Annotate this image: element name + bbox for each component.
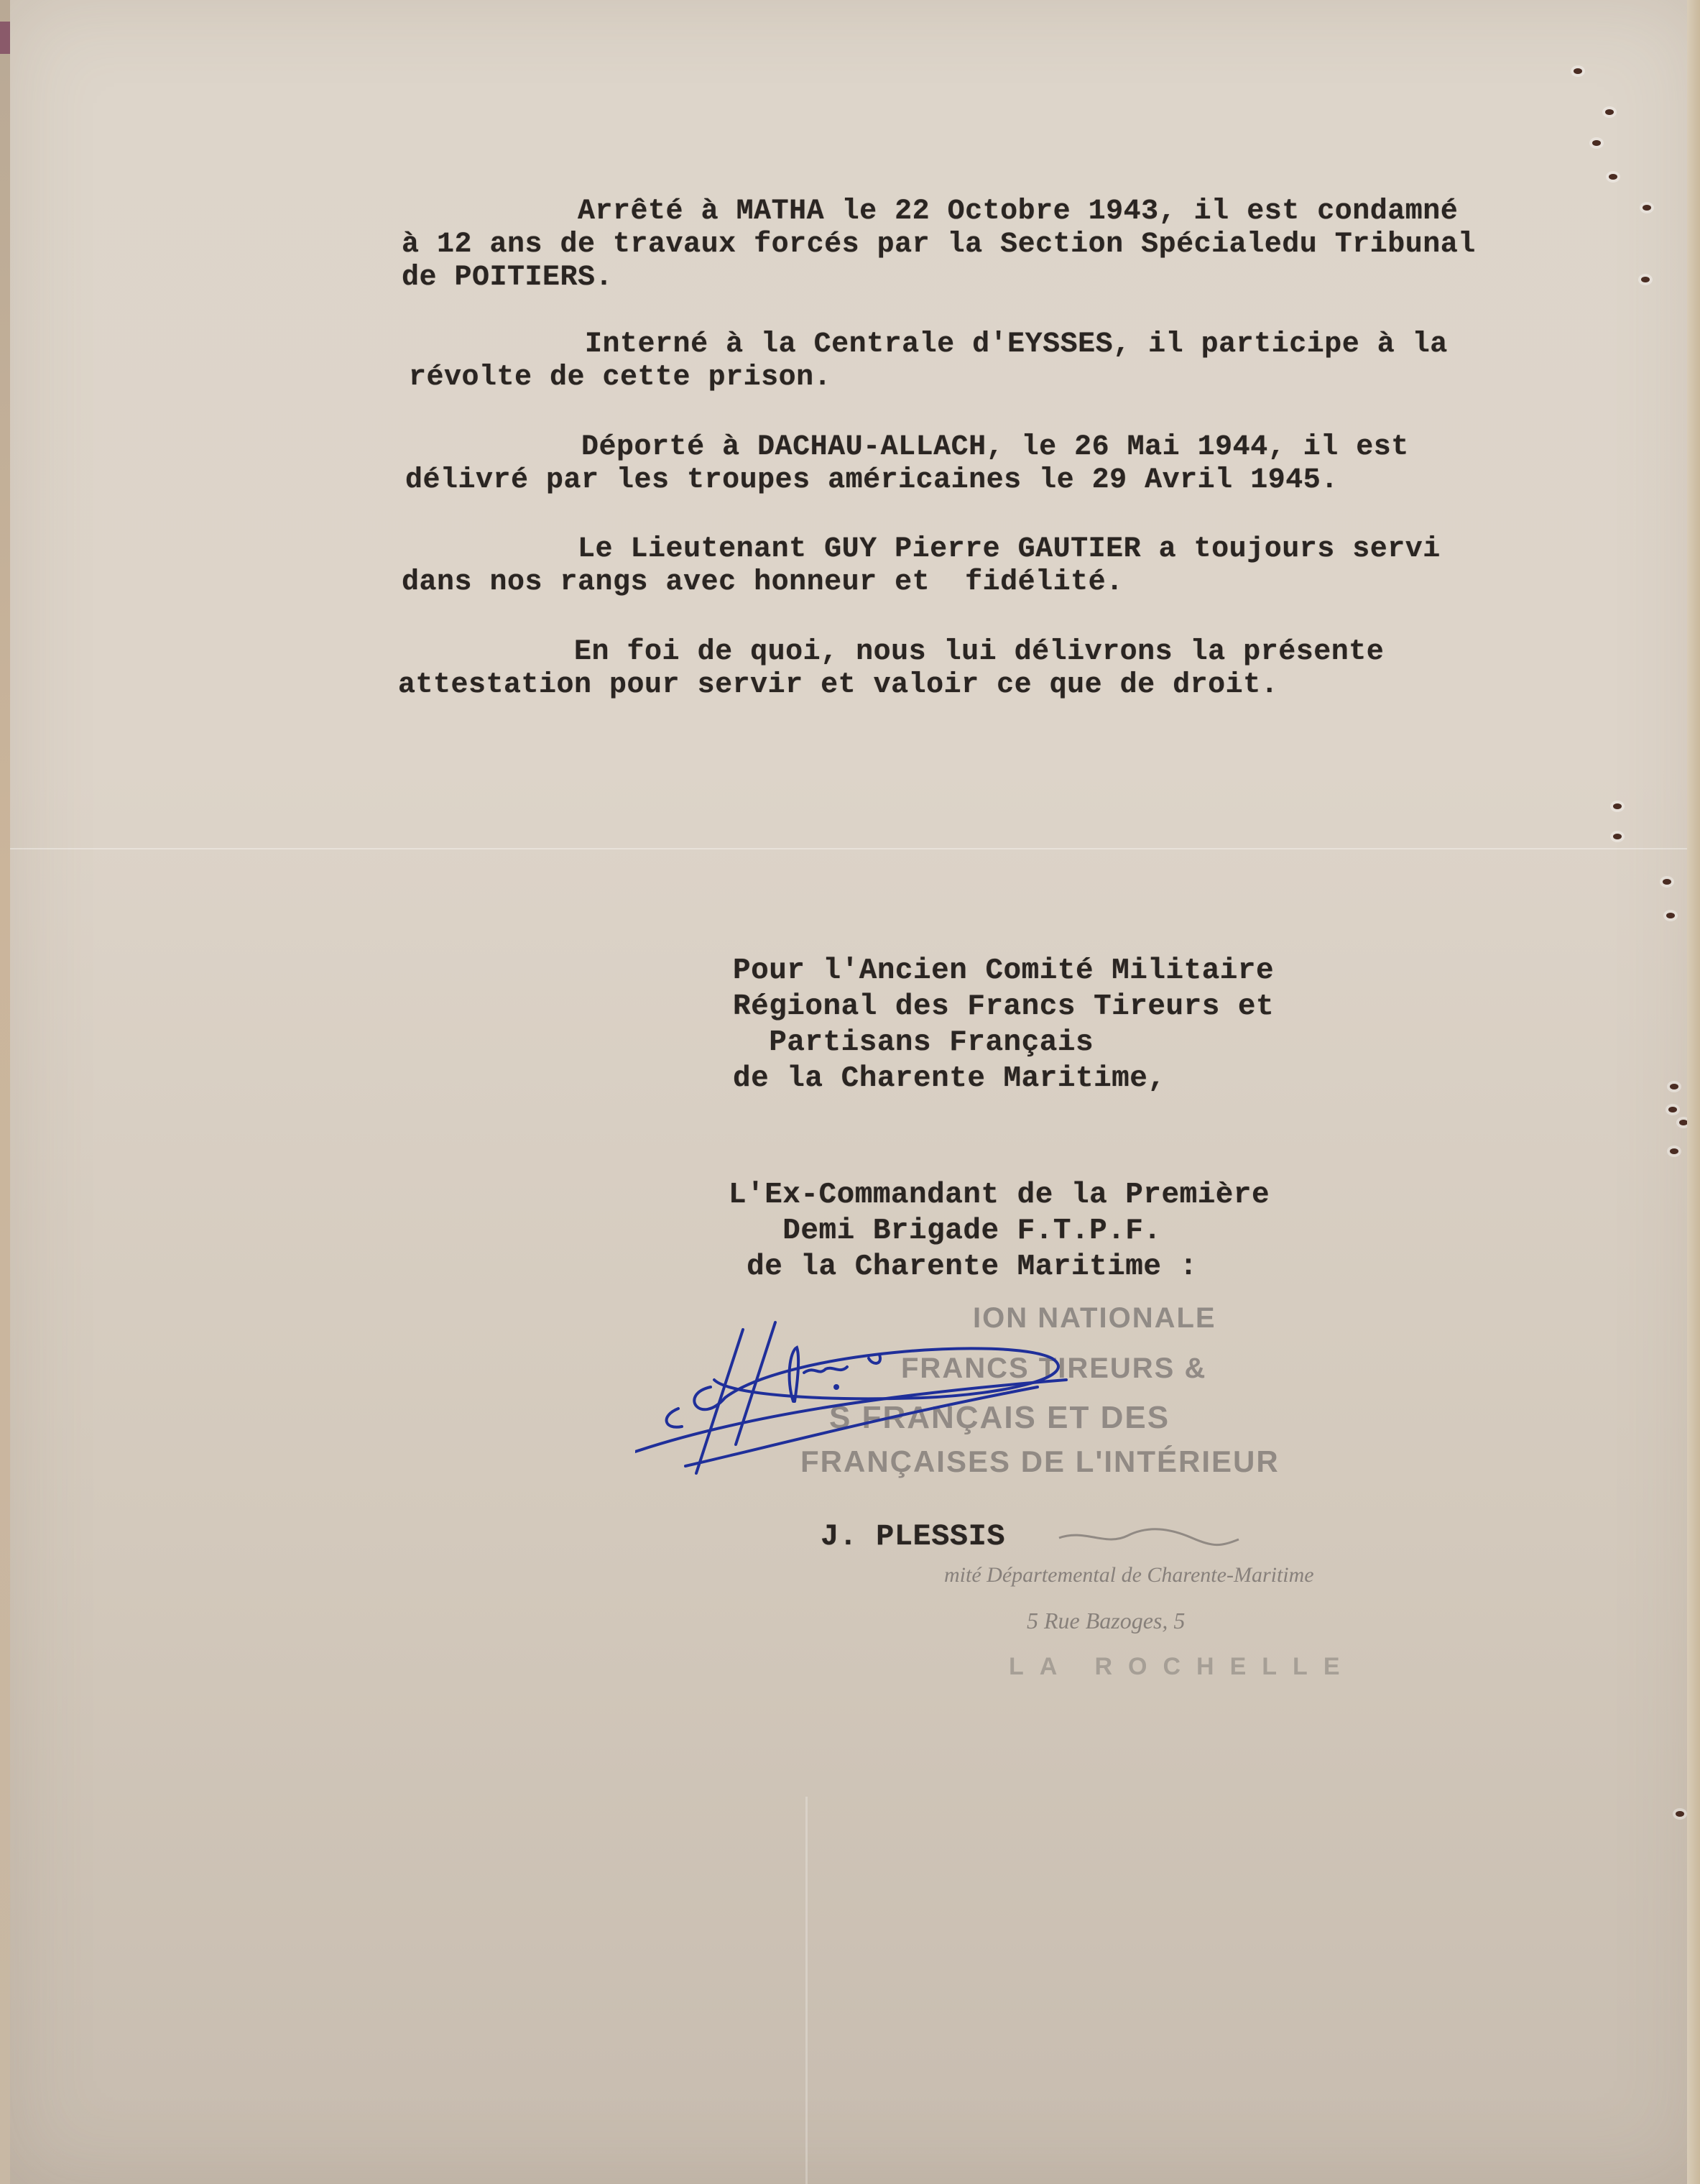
paragraph-deportation-line-2: délivré par les troupes américaines le 2…	[405, 464, 1339, 497]
title-line-3: de la Charente Maritime :	[729, 1250, 1198, 1284]
paragraph-internment-line-2: révolte de cette prison.	[409, 361, 831, 395]
punch-hole	[1668, 1107, 1677, 1112]
flourish-ornament	[1055, 1525, 1242, 1554]
stamp-address-line-2: 5 Rue Bazoges, 5	[1027, 1608, 1185, 1634]
punch-hole	[1613, 834, 1622, 839]
org-line-3: Partisans Français	[733, 1026, 1094, 1059]
paragraph-deportation-line-1: Déporté à DACHAU-ALLACH, le 26 Mai 1944,…	[405, 431, 1409, 464]
punch-hole	[1663, 879, 1671, 885]
title-line-2: Demi Brigade F.T.P.F.	[729, 1215, 1162, 1248]
org-line-2: Régional des Francs Tireurs et	[733, 990, 1274, 1023]
paragraph-internment-line-1: Interné à la Centrale d'EYSSES, il parti…	[409, 328, 1448, 361]
fold-crease	[10, 848, 1700, 849]
punch-hole	[1641, 277, 1650, 282]
paper-edge-left	[0, 0, 10, 2184]
paragraph-service-line-2: dans nos rangs avec honneur et fidélité.	[402, 566, 1124, 599]
punch-hole	[1676, 1811, 1684, 1817]
paragraph-arrest-line-2: à 12 ans de travaux forcés par la Sectio…	[402, 229, 1476, 262]
punch-hole	[1574, 68, 1582, 74]
punch-hole	[1670, 1084, 1678, 1089]
punch-hole	[1613, 803, 1622, 809]
punch-hole	[1609, 174, 1617, 180]
handwritten-signature	[635, 1308, 1282, 1488]
document-page: Arrêté à MATHA le 22 Octobre 1943, il es…	[10, 0, 1700, 2184]
stamp-address-line-1: mité Départemental de Charente-Maritime	[944, 1563, 1314, 1588]
punch-hole	[1643, 205, 1651, 211]
paragraph-service-line-1: Le Lieutenant GUY Pierre GAUTIER a toujo…	[402, 533, 1441, 566]
title-line-1: L'Ex-Commandant de la Première	[729, 1179, 1270, 1212]
punch-hole	[1605, 109, 1614, 115]
signatory-name: J. PLESSIS	[821, 1520, 1005, 1553]
paragraph-attestation-line-1: En foi de quoi, nous lui délivrons la pr…	[398, 636, 1384, 669]
stamp-address-line-3: LA ROCHELLE	[1009, 1653, 1356, 1681]
punch-hole	[1670, 1148, 1678, 1154]
fold-crease-vertical	[805, 1797, 808, 2184]
punch-hole	[1592, 140, 1601, 146]
folder-tab	[0, 22, 10, 54]
paragraph-attestation-line-2: attestation pour servir et valoir ce que…	[398, 669, 1278, 702]
org-line-1: Pour l'Ancien Comité Militaire	[733, 954, 1274, 987]
paper-edge-right	[1687, 0, 1700, 2184]
org-line-4: de la Charente Maritime,	[733, 1062, 1166, 1095]
paragraph-arrest-line-3: de POITIERS.	[402, 262, 613, 295]
paragraph-arrest-line-1: Arrêté à MATHA le 22 Octobre 1943, il es…	[402, 195, 1458, 229]
punch-hole	[1666, 913, 1675, 918]
